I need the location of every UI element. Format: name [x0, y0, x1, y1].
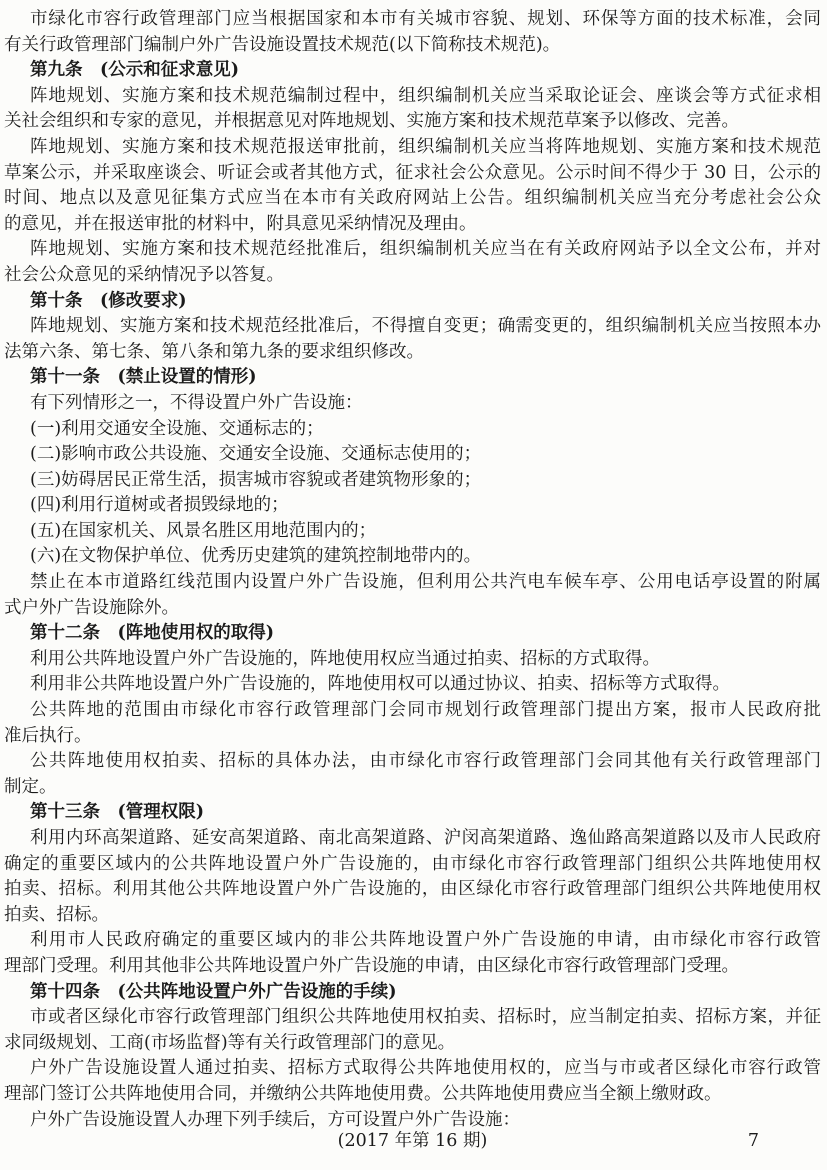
text-line: 禁止在本市道路红线范围内设置户外广告设施，但利用公共汽电车候车亭、公用电话亭设置… — [4, 570, 821, 596]
text-line: 利用非公共阵地设置户外广告设施的，阵地使用权可以通过协议、拍卖、招标等方式取得。 — [4, 672, 821, 698]
text-line: 拍卖、招标。 — [4, 903, 821, 929]
text-line: 式户外广告设施除外。 — [4, 596, 821, 622]
text-line: 公共阵地的范围由市绿化市容行政管理部门会同市规划行政管理部门提出方案，报市人民政… — [4, 698, 821, 724]
text-line: (一)利用交通安全设施、交通标志的； — [4, 417, 821, 443]
text-line: 有下列情形之一，不得设置户外广告设施： — [4, 391, 821, 417]
text-line: (四)利用行道树或者损毁绿地的； — [4, 493, 821, 519]
text-line: 法第六条、第七条、第八条和第九条的要求组织修改。 — [4, 340, 821, 366]
text-line: 市或者区绿化市容行政管理部门组织公共阵地使用权拍卖、招标时，应当制定拍卖、招标方… — [4, 1005, 821, 1031]
document-body: 市绿化市容行政管理部门应当根据国家和本市有关城市容貌、规划、环保等方面的技术标准… — [0, 0, 827, 1133]
text-line: 理部门受理。利用其他非公共阵地设置户外广告设施的申请，由区绿化市容行政管理部门受… — [4, 954, 821, 980]
text-line: (五)在国家机关、风景名胜区用地范围内的； — [4, 519, 821, 545]
text-line: 准后执行。 — [4, 724, 821, 750]
text-line: 关社会组织和专家的意见，并根据意见对阵地规划、实施方案和技术规范草案予以修改、完… — [4, 109, 821, 135]
text-line: 社会公众意见的采纳情况予以答复。 — [4, 263, 821, 289]
text-line: 市绿化市容行政管理部门应当根据国家和本市有关城市容貌、规划、环保等方面的技术标准… — [4, 7, 821, 33]
text-line: 的意见，并在报送审批的材料中，附具意见采纳情况及理由。 — [4, 212, 821, 238]
text-line: 公共阵地使用权拍卖、招标的具体办法，由市绿化市容行政管理部门会同其他有关行政管理… — [4, 749, 821, 775]
text-line: 利用市人民政府确定的重要区域内的非公共阵地设置户外广告设施的申请，由市绿化市容行… — [4, 928, 821, 954]
document-page: 市绿化市容行政管理部门应当根据国家和本市有关城市容貌、规划、环保等方面的技术标准… — [0, 0, 827, 1170]
footer: (2017 年第 16 期) 7 — [4, 1128, 821, 1154]
text-line: 制定。 — [4, 775, 821, 801]
text-line: 阵地规划、实施方案和技术规范经批准后，组织编制机关应当在有关政府网站予以全文公布… — [4, 237, 821, 263]
text-line: 草案公示，并采取座谈会、听证会或者其他方式，征求社会公众意见。公示时间不得少于 … — [4, 161, 821, 187]
article-heading-line: 第十条 (修改要求) — [4, 289, 821, 315]
article-heading-line: 第十二条 (阵地使用权的取得) — [4, 621, 821, 647]
text-line: (六)在文物保护单位、优秀历史建筑的建筑控制地带内的。 — [4, 544, 821, 570]
text-line: 求同级规划、工商(市场监督)等有关行政管理部门的意见。 — [4, 1031, 821, 1057]
text-line: 有关行政管理部门编制户外广告设施设置技术规范(以下简称技术规范)。 — [4, 33, 821, 59]
text-line: 阵地规划、实施方案和技术规范报送审批前，组织编制机关应当将阵地规划、实施方案和技… — [4, 135, 821, 161]
text-line: (二)影响市政公共设施、交通安全设施、交通标志使用的； — [4, 442, 821, 468]
page-number: 7 — [748, 1128, 759, 1154]
footer-issue-label: (2017 年第 16 期) — [338, 1131, 488, 1151]
text-line: (三)妨碍居民正常生活，损害城市容貌或者建筑物形象的； — [4, 468, 821, 494]
text-line: 确定的重要区域内的公共阵地设置户外广告设施的，由市绿化市容行政管理部门组织公共阵… — [4, 852, 821, 878]
text-line: 拍卖、招标。利用其他公共阵地设置户外广告设施的，由区绿化市容行政管理部门组织公共… — [4, 877, 821, 903]
text-line: 利用公共阵地设置户外广告设施的，阵地使用权应当通过拍卖、招标的方式取得。 — [4, 647, 821, 673]
text-line: 时间、地点以及意见征集方式应当在本市有关政府网站上公告。组织编制机关应当充分考虑… — [4, 186, 821, 212]
text-line: 阵地规划、实施方案和技术规范编制过程中，组织编制机关应当采取论证会、座谈会等方式… — [4, 84, 821, 110]
text-line: 利用内环高架道路、延安高架道路、南北高架道路、沪闵高架道路、逸仙路高架道路以及市… — [4, 826, 821, 852]
text-line: 阵地规划、实施方案和技术规范经批准后，不得擅自变更；确需变更的，组织编制机关应当… — [4, 314, 821, 340]
article-heading-line: 第十三条 (管理权限) — [4, 800, 821, 826]
article-heading-line: 第九条 (公示和征求意见) — [4, 58, 821, 84]
article-heading-line: 第十一条 (禁止设置的情形) — [4, 365, 821, 391]
text-line: 户外广告设施设置人通过拍卖、招标方式取得公共阵地使用权的，应当与市或者区绿化市容… — [4, 1056, 821, 1082]
article-heading-line: 第十四条 (公共阵地设置户外广告设施的手续) — [4, 980, 821, 1006]
text-line: 理部门签订公共阵地使用合同，并缴纳公共阵地使用费。公共阵地使用费应当全额上缴财政… — [4, 1082, 821, 1108]
